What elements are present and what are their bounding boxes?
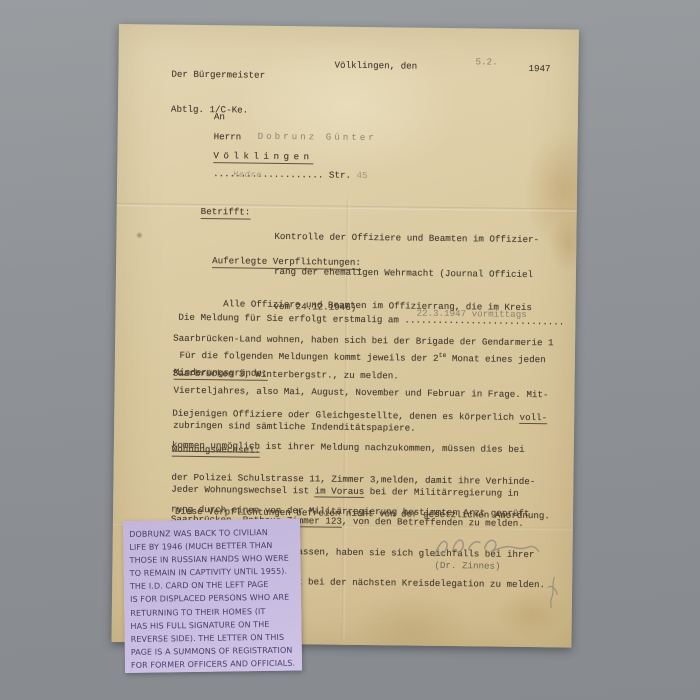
recipient-city: Völklingen [213, 150, 313, 164]
underlined-part: im Voraus [315, 486, 365, 499]
typed-signatory-name: (Dr. Zinnes) [434, 560, 500, 573]
heading-exemptions: Minderungsgründe: [174, 367, 268, 381]
recipient-name: Dobrunz Günter [258, 131, 377, 144]
subject-line: Kontrolle der Offiziere und Beamten im O… [274, 231, 539, 246]
pencil-mark-icon [546, 575, 560, 609]
paragraph-line: Diejenigen Offiziere oder Gleichgestellt… [172, 409, 547, 424]
note-line: IS FOR DISPLACED PERSONS WHO ARE [130, 591, 298, 606]
paragraph-line: Jeder Wohnungswechsel ist im Voraus bei … [171, 485, 546, 500]
dateline-day: 5.2. [475, 56, 497, 68]
report-date-insert: 22.3.1947 vormittags [416, 308, 526, 321]
house-number: 45 [356, 170, 367, 181]
note-line: FOR FORMER OFFICERS AND OFFICIALS. [131, 656, 299, 671]
line-part: ist ihrer Meldung nachzukommen, müssen d… [260, 441, 525, 455]
sender-block: Der Bürgermeister Abtlg. 1/C-Ke. [171, 45, 266, 141]
recipient-salutation: Herrn [214, 131, 242, 143]
paragraph-line: Für die folgenden Meldungen kommt jeweil… [174, 346, 549, 365]
street-label: Str. [323, 170, 356, 181]
street-dots: .................... [213, 168, 323, 180]
underlined-part: voll- [520, 412, 548, 424]
heading-residence-change: Wohnungswechsel: [172, 444, 260, 458]
street-pencil-note: Hedre [233, 169, 262, 181]
heading-obligations: Auferlegte Verpflichtungen: [212, 255, 361, 270]
line-part: Für die folgenden Meldungen kommt jeweil… [174, 349, 439, 363]
sender-line-1: Der Bürgermeister [171, 68, 265, 81]
line-part: Monat eines jeden [446, 353, 545, 365]
line-part: Jeder Wohnungswechsel ist [171, 484, 314, 497]
annotation-sticky-note: DOBRUNZ WAS BACK TO CIVILIAN LIFE BY 194… [123, 519, 302, 673]
dateline-year: 1947 [528, 63, 550, 75]
photo-background: Der Bürgermeister Abtlg. 1/C-Ke. Völklin… [0, 0, 700, 700]
subject-label: Betrifft: [201, 206, 251, 219]
line-part: Diejenigen Offiziere oder Gleichgestellt… [172, 408, 519, 423]
recipient-an: An [214, 111, 225, 123]
dateline-place: Völklingen, den [334, 60, 417, 73]
line-part: bei der Militärregierung in [364, 486, 519, 499]
